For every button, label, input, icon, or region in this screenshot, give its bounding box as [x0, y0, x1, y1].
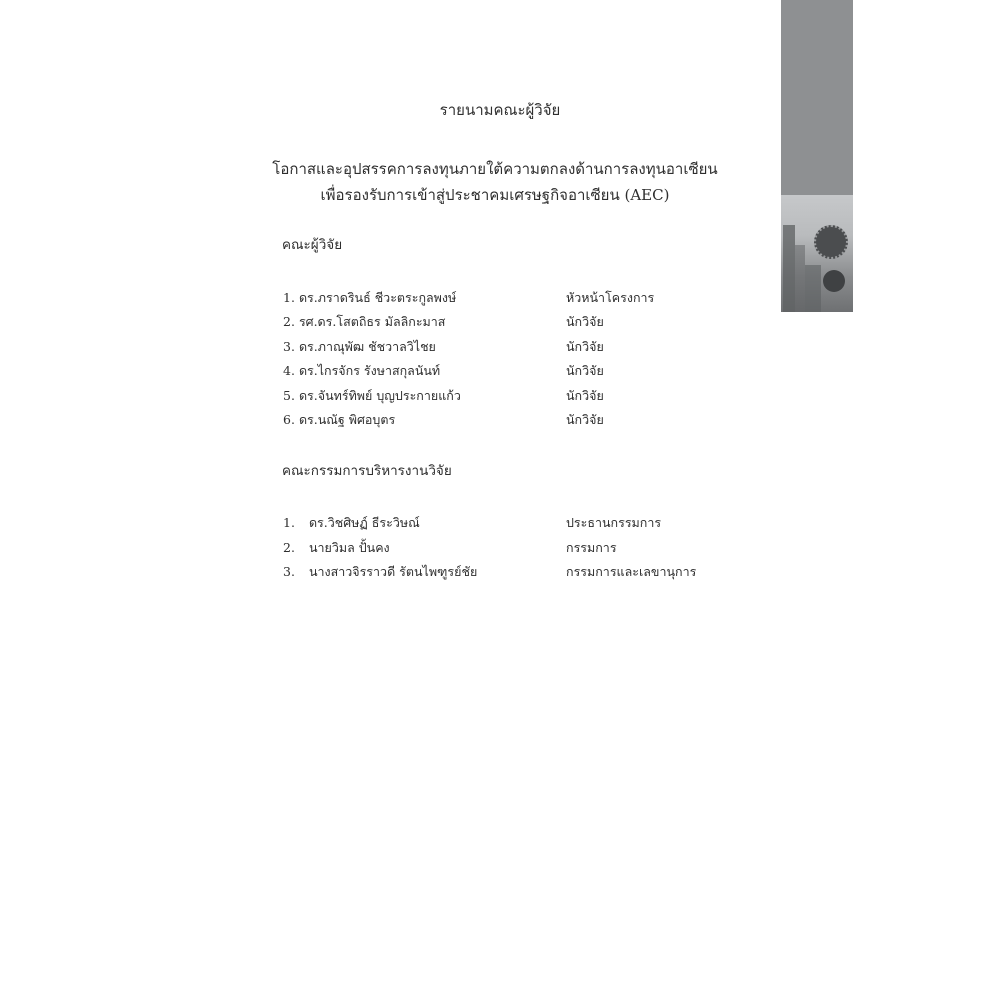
item-number: 3.	[283, 339, 295, 354]
member-role: นักวิจัย	[566, 312, 604, 332]
list-item: 1.ดร.ภราดรินธ์ ชีวะตระกูลพงษ์	[283, 288, 456, 308]
chapter-side-tab	[781, 0, 853, 312]
member-role: นักวิจัย	[566, 410, 604, 430]
member-name: ดร.วิชศิษฏ์ ธีระวิษณ์	[309, 513, 420, 533]
management-committee-title: คณะกรรมการบริหารงานวิจัย	[282, 459, 452, 481]
member-name: นายวิมล ปั้นคง	[309, 538, 390, 558]
emblem-icon	[814, 225, 848, 259]
member-name: ดร.ไกรจักร รังษาสกุลนันท์	[299, 361, 440, 381]
item-number: 2.	[283, 314, 295, 329]
member-name: นางสาวจิรราวดี รัตนไพฑูรย์ชัย	[309, 562, 477, 582]
item-number: 4.	[283, 363, 295, 378]
member-name: ดร.ภาณุพัฒ ชัชวาลวิไชย	[299, 337, 436, 357]
research-team-title: คณะผู้วิจัย	[282, 233, 342, 255]
list-item: 5.ดร.จันทร์ทิพย์ บุญประกายแก้ว	[283, 386, 461, 406]
item-number: 1.	[283, 290, 295, 305]
page-heading: รายนามคณะผู้วิจัย	[0, 98, 1000, 122]
member-name: ดร.ภราดรินธ์ ชีวะตระกูลพงษ์	[299, 288, 456, 308]
item-number: 3.	[283, 564, 295, 579]
item-number: 1.	[283, 515, 295, 530]
item-number: 2.	[283, 540, 295, 555]
member-role: ประธานกรรมการ	[566, 513, 661, 533]
side-tab-photo	[781, 195, 853, 312]
emblem-secondary-icon	[823, 270, 845, 292]
list-item: 4.ดร.ไกรจักร รังษาสกุลนันท์	[283, 361, 440, 381]
list-item: 6.ดร.นณัฐ พิศอบุตร	[283, 410, 395, 430]
member-role: กรรมการ	[566, 538, 617, 558]
list-item: 3.ดร.ภาณุพัฒ ชัชวาลวิไชย	[283, 337, 436, 357]
member-name: ดร.นณัฐ พิศอบุตร	[299, 410, 395, 430]
member-name: รศ.ดร.โสตถิธร มัลลิกะมาส	[299, 312, 446, 332]
member-role: หัวหน้าโครงการ	[566, 288, 654, 308]
item-number: 5.	[283, 388, 295, 403]
member-role: นักวิจัย	[566, 337, 604, 357]
member-role: กรรมการและเลขานุการ	[566, 562, 696, 582]
project-title-line-1: โอกาสและอุปสรรคการลงทุนภายใต้ความตกลงด้า…	[0, 157, 995, 181]
member-role: นักวิจัย	[566, 361, 604, 381]
member-role: นักวิจัย	[566, 386, 604, 406]
list-item: 2.นายวิมล ปั้นคง	[283, 538, 390, 558]
project-title-line-2: เพื่อรองรับการเข้าสู่ประชาคมเศรษฐกิจอาเซ…	[0, 183, 995, 207]
list-item: 3.นางสาวจิรราวดี รัตนไพฑูรย์ชัย	[283, 562, 477, 582]
list-item: 2.รศ.ดร.โสตถิธร มัลลิกะมาส	[283, 312, 445, 332]
item-number: 6.	[283, 412, 295, 427]
list-item: 1.ดร.วิชศิษฏ์ ธีระวิษณ์	[283, 513, 420, 533]
member-name: ดร.จันทร์ทิพย์ บุญประกายแก้ว	[299, 386, 461, 406]
